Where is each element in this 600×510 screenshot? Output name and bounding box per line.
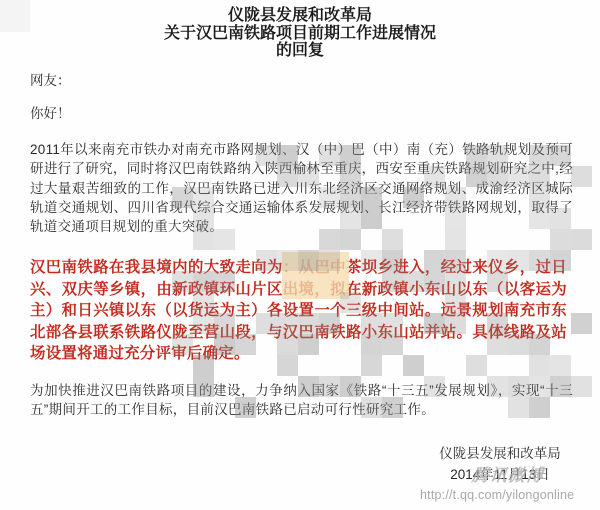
paragraph-work-goal: 为加快推进汉巴南铁路项目的建设，力争纳入国家《铁路“十三五”发展规划》，实现“十…: [30, 381, 573, 420]
paragraph-route-description-highlighted: 汉巴南铁路在我县境内的大致走向为：从巴中茶坝乡进入，经过来仪乡，过日兴、双庆等乡…: [30, 257, 567, 365]
letter-title: 仪陇县发展和改革局 关于汉巴南铁路项目前期工作进展情况 的回复: [0, 7, 600, 60]
qr-cell: [571, 229, 592, 250]
salutation: 网友：: [30, 69, 71, 89]
qr-cell: [571, 376, 592, 397]
signature-block: 仪陇县发展和改革局 2014年11月13日: [400, 443, 600, 485]
letter-title-org: 仪陇县发展和改革局: [0, 7, 600, 25]
reply-letter-document: 仪陇县发展和改革局 关于汉巴南铁路项目前期工作进展情况 的回复 网友： 你好！ …: [0, 0, 600, 510]
weibo-url-watermark: http://t.qq.com/yilongonline: [420, 488, 574, 502]
greeting: 你好！: [30, 102, 71, 122]
signature-org: 仪陇县发展和改革局: [400, 443, 600, 464]
qr-cell: [571, 313, 592, 334]
qr-cell: [571, 166, 592, 187]
letter-title-subject: 关于汉巴南铁路项目前期工作进展情况: [0, 25, 600, 43]
letter-title-reply: 的回复: [0, 42, 600, 60]
paragraph-planning-progress: 2011年以来南充市铁办对南充市路网规划、汉（中）巴（中）南（充）铁路轨规划及预…: [30, 140, 573, 236]
signature-date: 2014年11月13日: [400, 464, 600, 485]
